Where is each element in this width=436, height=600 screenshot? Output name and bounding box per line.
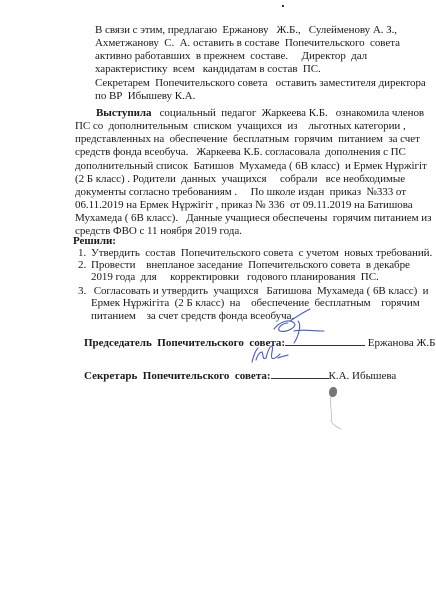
speech-line: средств фонда всеобуча. Жаркеева К.Б. со… — [75, 146, 406, 159]
scan-dot — [282, 5, 284, 7]
secretary-name: К.А. Ибышева — [329, 370, 397, 382]
intro-line: по ВР Ибышеву К.А. — [95, 90, 195, 103]
speech-line: документы согласно требованиям . По школ… — [75, 186, 406, 199]
intro-line: Ахметжанову С. А. оставить в составе Поп… — [95, 37, 400, 50]
speech-line: ПС со дополнительным списком учащихся из… — [75, 120, 406, 133]
decision-num: 3. — [78, 285, 86, 298]
speech-line: дополнительный список Батишов Мухамеда (… — [75, 160, 427, 173]
decision-line: 2019 года для корректировки годового пла… — [91, 271, 379, 284]
secretary-signature-icon — [248, 340, 290, 368]
secretary-signature-line — [271, 368, 329, 379]
document-page: В связи с этим, предлагаю Ержанову Ж.Б.,… — [0, 0, 436, 600]
decision-line: Ермек Нұржігіта (2 Б класс) на обеспечен… — [91, 297, 420, 310]
decision-num: 2. — [78, 259, 86, 272]
intro-line: В связи с этим, предлагаю Ержанову Ж.Б.,… — [95, 24, 397, 37]
chair-name: Ержанова Ж.Б. — [368, 337, 436, 349]
speech-first-line: Выступила социальный педагог Жаркеева К.… — [96, 107, 424, 120]
intro-line: активно работавших в прежнем составе. Ди… — [95, 50, 367, 63]
speech-line: (2 Б класс) . Родители данных учащихся с… — [75, 173, 405, 186]
ink-trail-icon — [325, 395, 345, 435]
secretary-title: Секретарь Попечительского совета: — [84, 370, 271, 382]
speech-line: 06.11.2019 на Ермек Нұржігіт , приказ № … — [75, 199, 413, 212]
speech-lead: Выступила — [96, 107, 151, 119]
speech-line: Мухамеда ( 6В класс). Данные учащиеся об… — [75, 212, 431, 225]
intro-line: Секретарем Попечительского совета остави… — [95, 77, 426, 90]
intro-line: характеристику всем кандидатам в состав … — [95, 63, 321, 76]
speech-first-rest: социальный педагог Жаркеева К.Б. ознаком… — [151, 107, 424, 119]
secretary-signature-row: Секретарь Попечительского совета:К.А. Иб… — [73, 355, 396, 396]
speech-line: представленных на обеспечение бесплатным… — [75, 133, 420, 146]
